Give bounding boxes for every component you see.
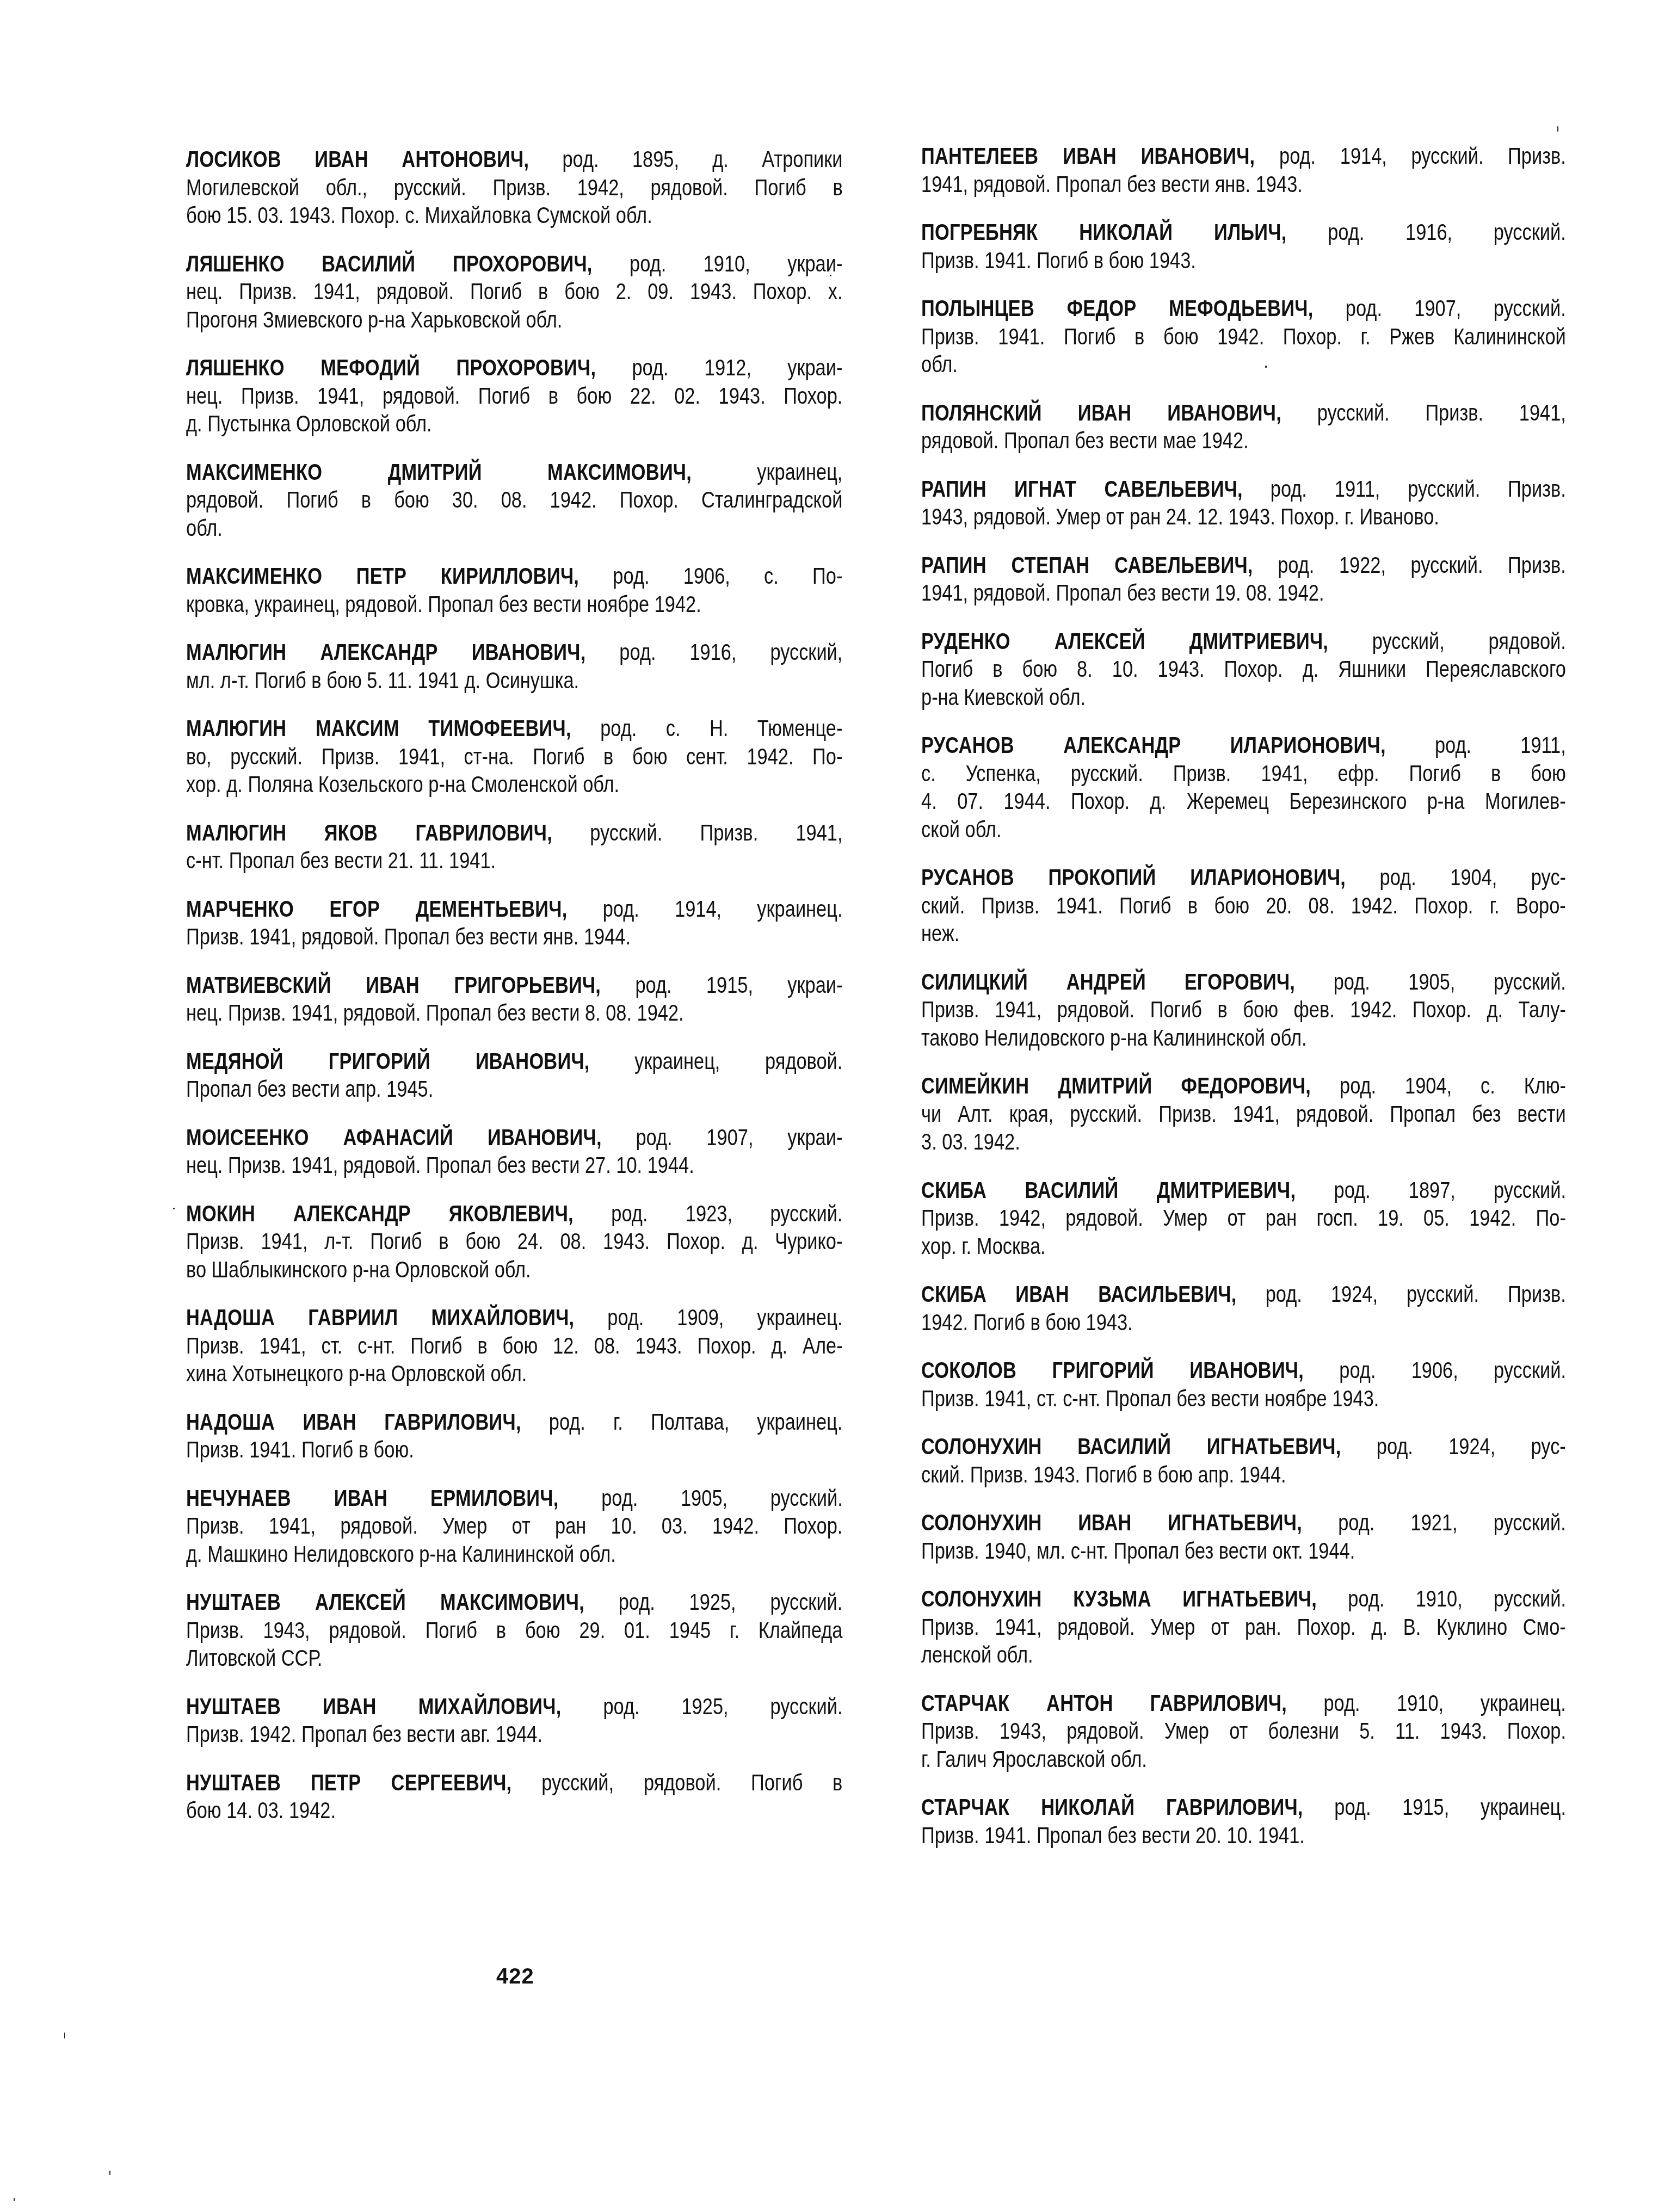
list-item: МАЛЮГИН МАКСИМ ТИМОФЕЕВИЧ, род. с. Н. Тю… [186,715,842,799]
entry-line: Призв. 1942, рядовой. Умер от ран госп. … [921,1204,1566,1233]
list-item: МОКИН АЛЕКСАНДР ЯКОВЛЕВИЧ, род. 1923, ру… [186,1200,842,1284]
scan-speck [14,2198,15,2201]
scan-speck [1265,366,1267,368]
entry-details: род. 1914, русский. Призв. [1255,143,1565,169]
list-item: СТАРЧАК АНТОН ГАВРИЛОВИЧ, род. 1910, укр… [921,1690,1566,1774]
entry-line: СОЛОНУХИН ВАСИЛИЙ ИГНАТЬЕВИЧ, род. 1924,… [921,1433,1566,1461]
list-item: НАДОША ГАВРИИЛ МИХАЙЛОВИЧ, род. 1909, ук… [186,1304,842,1388]
entry-line: МАЛЮГИН МАКСИМ ТИМОФЕЕВИЧ, род. с. Н. Тю… [186,715,842,743]
person-name: РАПИН СТЕПАН САВЕЛЬЕВИЧ, [921,552,1253,578]
entry-line: ПОГРЕБНЯК НИКОЛАЙ ИЛЬИЧ, род. 1916, русс… [921,219,1566,247]
entry-line: РАПИН СТЕПАН САВЕЛЬЕВИЧ, род. 1922, русс… [921,552,1566,580]
entry-details: род. 1897, русский. [1296,1177,1566,1203]
entry-line: Литовской ССР. [186,1645,842,1673]
entry-line: Призв. 1941, рядовой. Погиб в бою фев. 1… [921,996,1566,1024]
entry-details: род. 1915, украи- [601,972,842,998]
entry-line: МАРЧЕНКО ЕГОР ДЕМЕНТЬЕВИЧ, род. 1914, ук… [186,895,842,924]
person-name: СОЛОНУХИН КУЗЬМА ИГНАТЬЕВИЧ, [921,1586,1317,1612]
entry-line: хор. д. Поляна Козельского р-на Смоленск… [186,771,842,799]
entry-line: МЕДЯНОЙ ГРИГОРИЙ ИВАНОВИЧ, украинец, ряд… [186,1048,842,1076]
entry-details: род. 1906, русский. [1304,1357,1566,1383]
list-item: РАПИН ИГНАТ САВЕЛЬЕВИЧ, род. 1911, русск… [921,475,1566,532]
entry-line: нец. Призв. 1941, рядовой. Погиб в бою 2… [186,382,842,411]
entry-line: д. Машкино Нелидовского р-на Калининской… [186,1541,842,1569]
entry-details: род. 1914, украинец. [567,896,842,922]
entry-details: род. с. Н. Тюменце- [571,715,843,742]
page-number: 422 [496,1964,534,1989]
entry-line: во, русский. Призв. 1941, ст-на. Погиб в… [186,743,842,771]
entry-line: СКИБА ВАСИЛИЙ ДМИТРИЕВИЧ, род. 1897, рус… [921,1177,1566,1205]
entry-details: род. 1905, русский. [559,1485,843,1511]
list-item: МАЛЮГИН АЛЕКСАНДР ИВАНОВИЧ, род. 1916, р… [186,639,842,695]
entry-line: МАЛЮГИН АЛЕКСАНДР ИВАНОВИЧ, род. 1916, р… [186,639,842,667]
person-name: ЛОСИКОВ ИВАН АНТОНОВИЧ, [186,146,529,172]
entry-line: мл. л-т. Погиб в бою 5. 11. 1941 д. Осин… [186,667,842,695]
entry-line: 1941, рядовой. Пропал без вести янв. 194… [921,171,1566,199]
person-name: МАКСИМЕНКО ПЕТР КИРИЛЛОВИЧ, [186,563,579,589]
entry-details: род. 1904, рус- [1346,864,1566,891]
entry-line: ской обл. [921,816,1566,844]
entry-details: род. 1904, с. Клю- [1311,1073,1566,1099]
entry-line: 1942. Погиб в бою 1943. [921,1309,1566,1337]
person-name: МАЛЮГИН МАКСИМ ТИМОФЕЕВИЧ, [186,715,571,742]
scan-speck [173,1208,175,1209]
entry-line: таково Нелидовского р-на Калининской обл… [921,1024,1566,1053]
person-name: ПОЛЫНЦЕВ ФЕДОР МЕФОДЬЕВИЧ, [921,295,1313,322]
list-item: СОКОЛОВ ГРИГОРИЙ ИВАНОВИЧ, род. 1906, ру… [921,1357,1566,1413]
list-item: ПОЛЯНСКИЙ ИВАН ИВАНОВИЧ, русский. Призв.… [921,399,1566,455]
person-name: МОКИН АЛЕКСАНДР ЯКОВЛЕВИЧ, [186,1201,574,1227]
entry-details: род. 1924, русский. Призв. [1237,1281,1566,1307]
entry-line: Прогоня Змиевского р-на Харьковской обл. [186,306,842,335]
entry-line: Призв. 1941. Погиб в бою 1942. Похор. г.… [921,323,1566,351]
entry-line: 3. 03. 1942. [921,1128,1566,1157]
entry-details: русский. Призв. 1941, [552,820,842,846]
entry-details: русский, рядовой. Погиб в [511,1770,842,1796]
person-name: МЕДЯНОЙ ГРИГОРИЙ ИВАНОВИЧ, [186,1048,590,1074]
entry-details: род. 1922, русский. Призв. [1253,552,1566,578]
list-item: МАКСИМЕНКО ПЕТР КИРИЛЛОВИЧ, род. 1906, с… [186,563,842,619]
entry-details: род. 1911, русский. Призв. [1243,476,1566,502]
entry-details: род. 1910, украи- [593,251,843,277]
list-item: РАПИН СТЕПАН САВЕЛЬЕВИЧ, род. 1922, русс… [921,552,1566,608]
list-item: ЛЯШЕНКО МЕФОДИЙ ПРОХОРОВИЧ, род. 1912, у… [186,354,842,438]
list-item: СОЛОНУХИН КУЗЬМА ИГНАТЬЕВИЧ, род. 1910, … [921,1585,1566,1670]
entry-line: Призв. 1941, рядовой. Умер от ран. Похор… [921,1614,1566,1642]
person-name: СОЛОНУХИН ИВАН ИГНАТЬЕВИЧ, [921,1510,1302,1536]
list-item: СТАРЧАК НИКОЛАЙ ГАВРИЛОВИЧ, род. 1915, у… [921,1794,1566,1850]
entry-details: род. 1921, русский. [1302,1510,1566,1536]
entry-line: Призв. 1940, мл. с-нт. Пропал без вести … [921,1537,1566,1566]
entry-line: СТАРЧАК НИКОЛАЙ ГАВРИЛОВИЧ, род. 1915, у… [921,1794,1566,1822]
person-name: СКИБА ИВАН ВАСИЛЬЕВИЧ, [921,1281,1237,1307]
entry-line: Призв. 1941. Погиб в бою. [186,1436,842,1465]
scan-speck [830,275,831,276]
list-item: НАДОША ИВАН ГАВРИЛОВИЧ, род. г. Полтава,… [186,1408,842,1465]
entry-line: Призв. 1941, рядовой. Умер от ран 10. 03… [186,1512,842,1541]
entry-line: РУСАНОВ ПРОКОПИЙ ИЛАРИОНОВИЧ, род. 1904,… [921,864,1566,892]
list-item: МЕДЯНОЙ ГРИГОРИЙ ИВАНОВИЧ, украинец, ряд… [186,1048,842,1104]
entry-details: украинец, рядовой. [590,1048,843,1074]
left-column: ЛОСИКОВ ИВАН АНТОНОВИЧ, род. 1895, д. Ат… [186,146,1007,1845]
entry-line: СОКОЛОВ ГРИГОРИЙ ИВАНОВИЧ, род. 1906, ру… [921,1357,1566,1385]
entry-details: род. 1925, русский. [584,1589,842,1615]
entry-line: МАКСИМЕНКО ДМИТРИЙ МАКСИМОВИЧ, украинец, [186,459,842,487]
person-name: НУШТАЕВ АЛЕКСЕЙ МАКСИМОВИЧ, [186,1589,584,1615]
list-item: СОЛОНУХИН ИВАН ИГНАТЬЕВИЧ, род. 1921, ру… [921,1509,1566,1565]
entry-line: во Шаблыкинского р-на Орловской обл. [186,1256,842,1284]
entry-line: Призв. 1941. Пропал без вести 20. 10. 19… [921,1822,1566,1850]
person-name: МАРЧЕНКО ЕГОР ДЕМЕНТЬЕВИЧ, [186,896,567,922]
entry-details: род. 1895, д. Атропики [529,146,842,172]
entry-line: МАТВИЕВСКИЙ ИВАН ГРИГОРЬЕВИЧ, род. 1915,… [186,972,842,1000]
entry-details: род. г. Полтава, украинец. [521,1409,843,1435]
entry-details: род. 1907, украи- [602,1124,843,1151]
entry-line: 1943, рядовой. Умер от ран 24. 12. 1943.… [921,503,1566,532]
list-item: ПАНТЕЛЕЕВ ИВАН ИВАНОВИЧ, род. 1914, русс… [921,143,1566,199]
person-name: СИЛИЦКИЙ АНДРЕЙ ЕГОРОВИЧ, [921,969,1295,995]
entry-line: Призв. 1941, ст. с-нт. Пропал без вести … [921,1385,1566,1413]
list-item: СКИБА ИВАН ВАСИЛЬЕВИЧ, род. 1924, русски… [921,1281,1566,1337]
list-item: СИМЕЙКИН ДМИТРИЙ ФЕДОРОВИЧ, род. 1904, с… [921,1072,1566,1157]
entry-line: Призв. 1942. Пропал без вести авг. 1944. [186,1721,842,1749]
person-name: НУШТАЕВ ИВАН МИХАЙЛОВИЧ, [186,1694,562,1720]
entry-line: нец. Призв. 1941, рядовой. Пропал без ве… [186,999,842,1028]
person-name: РАПИН ИГНАТ САВЕЛЬЕВИЧ, [921,476,1243,502]
entry-line: СИМЕЙКИН ДМИТРИЙ ФЕДОРОВИЧ, род. 1904, с… [921,1072,1566,1101]
person-name: МАТВИЕВСКИЙ ИВАН ГРИГОРЬЕВИЧ, [186,972,601,998]
entry-line: МАЛЮГИН ЯКОВ ГАВРИЛОВИЧ, русский. Призв.… [186,819,842,848]
list-item: ЛОСИКОВ ИВАН АНТОНОВИЧ, род. 1895, д. Ат… [186,146,842,230]
document-page: ЛОСИКОВ ИВАН АНТОНОВИЧ, род. 1895, д. Ат… [0,0,1677,2212]
entry-line: р-на Киевской обл. [921,684,1566,712]
entry-line: 1941, рядовой. Пропал без вести 19. 08. … [921,579,1566,608]
entry-line: СОЛОНУХИН ИВАН ИГНАТЬЕВИЧ, род. 1921, ру… [921,1509,1566,1537]
entry-line: рядовой. Погиб в бою 30. 08. 1942. Похор… [186,486,842,515]
person-name: СОЛОНУХИН ВАСИЛИЙ ИГНАТЬЕВИЧ, [921,1434,1341,1460]
entry-line: РАПИН ИГНАТ САВЕЛЬЕВИЧ, род. 1911, русск… [921,475,1566,504]
entry-line: ЛЯШЕНКО МЕФОДИЙ ПРОХОРОВИЧ, род. 1912, у… [186,354,842,382]
entry-line: ский. Призв. 1943. Погиб в бою апр. 1944… [921,1461,1566,1490]
person-name: СТАРЧАК АНТОН ГАВРИЛОВИЧ, [921,1690,1287,1716]
person-name: НАДОША ГАВРИИЛ МИХАЙЛОВИЧ, [186,1305,574,1331]
entry-line: неж. [921,920,1566,948]
scan-speck [64,2032,65,2038]
entry-line: ПОЛЫНЦЕВ ФЕДОР МЕФОДЬЕВИЧ, род. 1907, ру… [921,295,1566,323]
right-column-content: ПАНТЕЛЕЕВ ИВАН ИВАНОВИЧ, род. 1914, русс… [921,143,1566,1850]
list-item: СОЛОНУХИН ВАСИЛИЙ ИГНАТЬЕВИЧ, род. 1924,… [921,1433,1566,1489]
entry-line: НУШТАЕВ ИВАН МИХАЙЛОВИЧ, род. 1925, русс… [186,1693,842,1721]
scan-speck [1557,126,1558,132]
entry-line: нец. Призв. 1941, рядовой. Погиб в бою 2… [186,278,842,306]
entry-line: СИЛИЦКИЙ АНДРЕЙ ЕГОРОВИЧ, род. 1905, рус… [921,968,1566,997]
person-name: ПОГРЕБНЯК НИКОЛАЙ ИЛЬИЧ, [921,219,1287,245]
list-item: ПОЛЫНЦЕВ ФЕДОР МЕФОДЬЕВИЧ, род. 1907, ру… [921,295,1566,379]
left-column-content: ЛОСИКОВ ИВАН АНТОНОВИЧ, род. 1895, д. Ат… [186,146,842,1825]
list-item: МАЛЮГИН ЯКОВ ГАВРИЛОВИЧ, русский. Призв.… [186,819,842,875]
list-item: ПОГРЕБНЯК НИКОЛАЙ ИЛЬИЧ, род. 1916, русс… [921,219,1566,275]
entry-details: род. 1915, украинец. [1303,1794,1567,1820]
list-item: МАКСИМЕНКО ДМИТРИЙ МАКСИМОВИЧ, украинец,… [186,459,842,543]
entry-line: кровка, украинец, рядовой. Пропал без ве… [186,591,842,619]
entry-line: бою 14. 03. 1942. [186,1797,842,1825]
entry-line: хина Хотынецкого р-на Орловской обл. [186,1360,842,1388]
entry-line: обл. [921,351,1566,379]
list-item: НУШТАЕВ АЛЕКСЕЙ МАКСИМОВИЧ, род. 1925, р… [186,1589,842,1673]
list-item: РУСАНОВ ПРОКОПИЙ ИЛАРИОНОВИЧ, род. 1904,… [921,864,1566,948]
list-item: МОИСЕЕНКО АФАНАСИЙ ИВАНОВИЧ, род. 1907, … [186,1124,842,1180]
entry-line: ЛОСИКОВ ИВАН АНТОНОВИЧ, род. 1895, д. Ат… [186,146,842,174]
entry-details: род. 1912, украи- [596,355,842,381]
person-name: НЕЧУНАЕВ ИВАН ЕРМИЛОВИЧ, [186,1485,559,1511]
entry-line: бою 15. 03. 1943. Похор. с. Михайловка С… [186,202,842,230]
entry-line: МАКСИМЕНКО ПЕТР КИРИЛЛОВИЧ, род. 1906, с… [186,563,842,591]
list-item: МАРЧЕНКО ЕГОР ДЕМЕНТЬЕВИЧ, род. 1914, ук… [186,895,842,951]
list-item: НУШТАЕВ ПЕТР СЕРГЕЕВИЧ, русский, рядовой… [186,1769,842,1825]
entry-line: Призв. 1941, рядовой. Пропал без вести я… [186,923,842,951]
entry-details: род. 1905, русский. [1295,969,1566,995]
entry-line: НЕЧУНАЕВ ИВАН ЕРМИЛОВИЧ, род. 1905, русс… [186,1485,842,1513]
entry-line: РУСАНОВ АЛЕКСАНДР ИЛАРИОНОВИЧ, род. 1911… [921,732,1566,760]
entry-details: род. 1916, русский. [1287,219,1566,245]
person-name: МАЛЮГИН АЛЕКСАНДР ИВАНОВИЧ, [186,639,585,665]
entry-line: Призв. 1941. Погиб в бою 1943. [921,247,1566,275]
entry-line: НУШТАЕВ ПЕТР СЕРГЕЕВИЧ, русский, рядовой… [186,1769,842,1797]
person-name: ПОЛЯНСКИЙ ИВАН ИВАНОВИЧ, [921,400,1281,426]
entry-line: Призв. 1943, рядовой. Погиб в бою 29. 01… [186,1617,842,1645]
entry-line: Могилевской обл., русский. Призв. 1942, … [186,174,842,202]
person-name: ПАНТЕЛЕЕВ ИВАН ИВАНОВИЧ, [921,143,1255,169]
entry-line: обл. [186,515,842,543]
entry-details: род. 1925, русский. [562,1694,843,1720]
entry-line: хор. г. Москва. [921,1233,1566,1261]
person-name: НУШТАЕВ ПЕТР СЕРГЕЕВИЧ, [186,1770,511,1796]
list-item: СКИБА ВАСИЛИЙ ДМИТРИЕВИЧ, род. 1897, рус… [921,1177,1566,1261]
entry-details: род. 1907, русский. [1313,295,1565,322]
right-column: ПАНТЕЛЕЕВ ИВАН ИВАНОВИЧ, род. 1914, русс… [921,143,1677,1870]
list-item: РУСАНОВ АЛЕКСАНДР ИЛАРИОНОВИЧ, род. 1911… [921,732,1566,844]
entry-details: украинец, [692,459,842,485]
person-name: РУСАНОВ ПРОКОПИЙ ИЛАРИОНОВИЧ, [921,864,1346,891]
entry-line: с-нт. Пропал без вести 21. 11. 1941. [186,847,842,875]
entry-details: род. 1916, русский, [585,639,842,665]
entry-details: русский. Призв. 1941, [1281,400,1566,426]
person-name: СКИБА ВАСИЛИЙ ДМИТРИЕВИЧ, [921,1177,1296,1203]
entry-line: НУШТАЕВ АЛЕКСЕЙ МАКСИМОВИЧ, род. 1925, р… [186,1589,842,1617]
entry-line: ПОЛЯНСКИЙ ИВАН ИВАНОВИЧ, русский. Призв.… [921,399,1566,428]
entry-details: род. 1911, [1386,732,1566,758]
entry-line: РУДЕНКО АЛЕКСЕЙ ДМИТРИЕВИЧ, русский, ряд… [921,628,1566,656]
entry-line: СКИБА ИВАН ВАСИЛЬЕВИЧ, род. 1924, русски… [921,1281,1566,1309]
entry-details: род. 1910, русский. [1317,1586,1566,1612]
entry-line: ПАНТЕЛЕЕВ ИВАН ИВАНОВИЧ, род. 1914, русс… [921,143,1566,171]
person-name: МАКСИМЕНКО ДМИТРИЙ МАКСИМОВИЧ, [186,459,692,485]
person-name: СТАРЧАК НИКОЛАЙ ГАВРИЛОВИЧ, [921,1794,1303,1820]
entry-line: г. Галич Ярославской обл. [921,1746,1566,1774]
person-name: СИМЕЙКИН ДМИТРИЙ ФЕДОРОВИЧ, [921,1073,1311,1099]
entry-line: 4. 07. 1944. Похор. д. Жеремец Березинск… [921,788,1566,816]
entry-line: Призв. 1941, ст. с-нт. Погиб в бою 12. 0… [186,1332,842,1361]
person-name: МАЛЮГИН ЯКОВ ГАВРИЛОВИЧ, [186,820,552,846]
entry-line: СОЛОНУХИН КУЗЬМА ИГНАТЬЕВИЧ, род. 1910, … [921,1585,1566,1614]
list-item: РУДЕНКО АЛЕКСЕЙ ДМИТРИЕВИЧ, русский, ряд… [921,628,1566,712]
entry-line: НАДОША ИВАН ГАВРИЛОВИЧ, род. г. Полтава,… [186,1408,842,1437]
entry-line: рядовой. Пропал без вести мае 1942. [921,427,1566,455]
entry-line: СТАРЧАК АНТОН ГАВРИЛОВИЧ, род. 1910, укр… [921,1690,1566,1718]
entry-line: МОИСЕЕНКО АФАНАСИЙ ИВАНОВИЧ, род. 1907, … [186,1124,842,1152]
entry-line: МОКИН АЛЕКСАНДР ЯКОВЛЕВИЧ, род. 1923, ру… [186,1200,842,1228]
entry-line: Пропал без вести апр. 1945. [186,1076,842,1104]
list-item: НЕЧУНАЕВ ИВАН ЕРМИЛОВИЧ, род. 1905, русс… [186,1485,842,1569]
person-name: СОКОЛОВ ГРИГОРИЙ ИВАНОВИЧ, [921,1357,1304,1383]
person-name: ЛЯШЕНКО МЕФОДИЙ ПРОХОРОВИЧ, [186,355,596,381]
entry-line: Призв. 1941, л-т. Погиб в бою 24. 08. 19… [186,1228,842,1256]
person-name: РУДЕНКО АЛЕКСЕЙ ДМИТРИЕВИЧ, [921,628,1328,654]
person-name: ЛЯШЕНКО ВАСИЛИЙ ПРОХОРОВИЧ, [186,251,593,277]
entry-details: род. 1923, русский. [574,1201,842,1227]
scan-speck [109,2171,110,2175]
list-item: НУШТАЕВ ИВАН МИХАЙЛОВИЧ, род. 1925, русс… [186,1693,842,1749]
entry-details: род. 1909, украинец. [574,1305,842,1331]
list-item: СИЛИЦКИЙ АНДРЕЙ ЕГОРОВИЧ, род. 1905, рус… [921,968,1566,1053]
entry-line: нец. Призв. 1941, рядовой. Пропал без ве… [186,1152,842,1180]
list-item: ЛЯШЕНКО ВАСИЛИЙ ПРОХОРОВИЧ, род. 1910, у… [186,250,842,335]
entry-details: род. 1906, с. По- [579,563,842,589]
person-name: МОИСЕЕНКО АФАНАСИЙ ИВАНОВИЧ, [186,1124,602,1151]
entry-line: ский. Призв. 1941. Погиб в бою 20. 08. 1… [921,892,1566,920]
entry-line: Призв. 1943, рядовой. Умер от болезни 5.… [921,1717,1566,1746]
entry-details: род. 1910, украинец. [1287,1690,1566,1716]
entry-line: ленской обл. [921,1641,1566,1670]
entry-line: НАДОША ГАВРИИЛ МИХАЙЛОВИЧ, род. 1909, ук… [186,1304,842,1332]
entry-line: Погиб в бою 8. 10. 1943. Похор. д. Яшник… [921,656,1566,684]
entry-line: ЛЯШЕНКО ВАСИЛИЙ ПРОХОРОВИЧ, род. 1910, у… [186,250,842,279]
person-name: РУСАНОВ АЛЕКСАНДР ИЛАРИОНОВИЧ, [921,732,1386,758]
entry-line: д. Пустынка Орловской обл. [186,410,842,438]
person-name: НАДОША ИВАН ГАВРИЛОВИЧ, [186,1409,521,1435]
entry-line: с. Успенка, русский. Призв. 1941, ефр. П… [921,760,1566,788]
entry-line: чи Алт. края, русский. Призв. 1941, рядо… [921,1101,1566,1129]
list-item: МАТВИЕВСКИЙ ИВАН ГРИГОРЬЕВИЧ, род. 1915,… [186,972,842,1028]
entry-details: русский, рядовой. [1328,628,1566,654]
scan-speck [1132,1393,1133,1395]
entry-details: род. 1924, рус- [1341,1434,1566,1460]
